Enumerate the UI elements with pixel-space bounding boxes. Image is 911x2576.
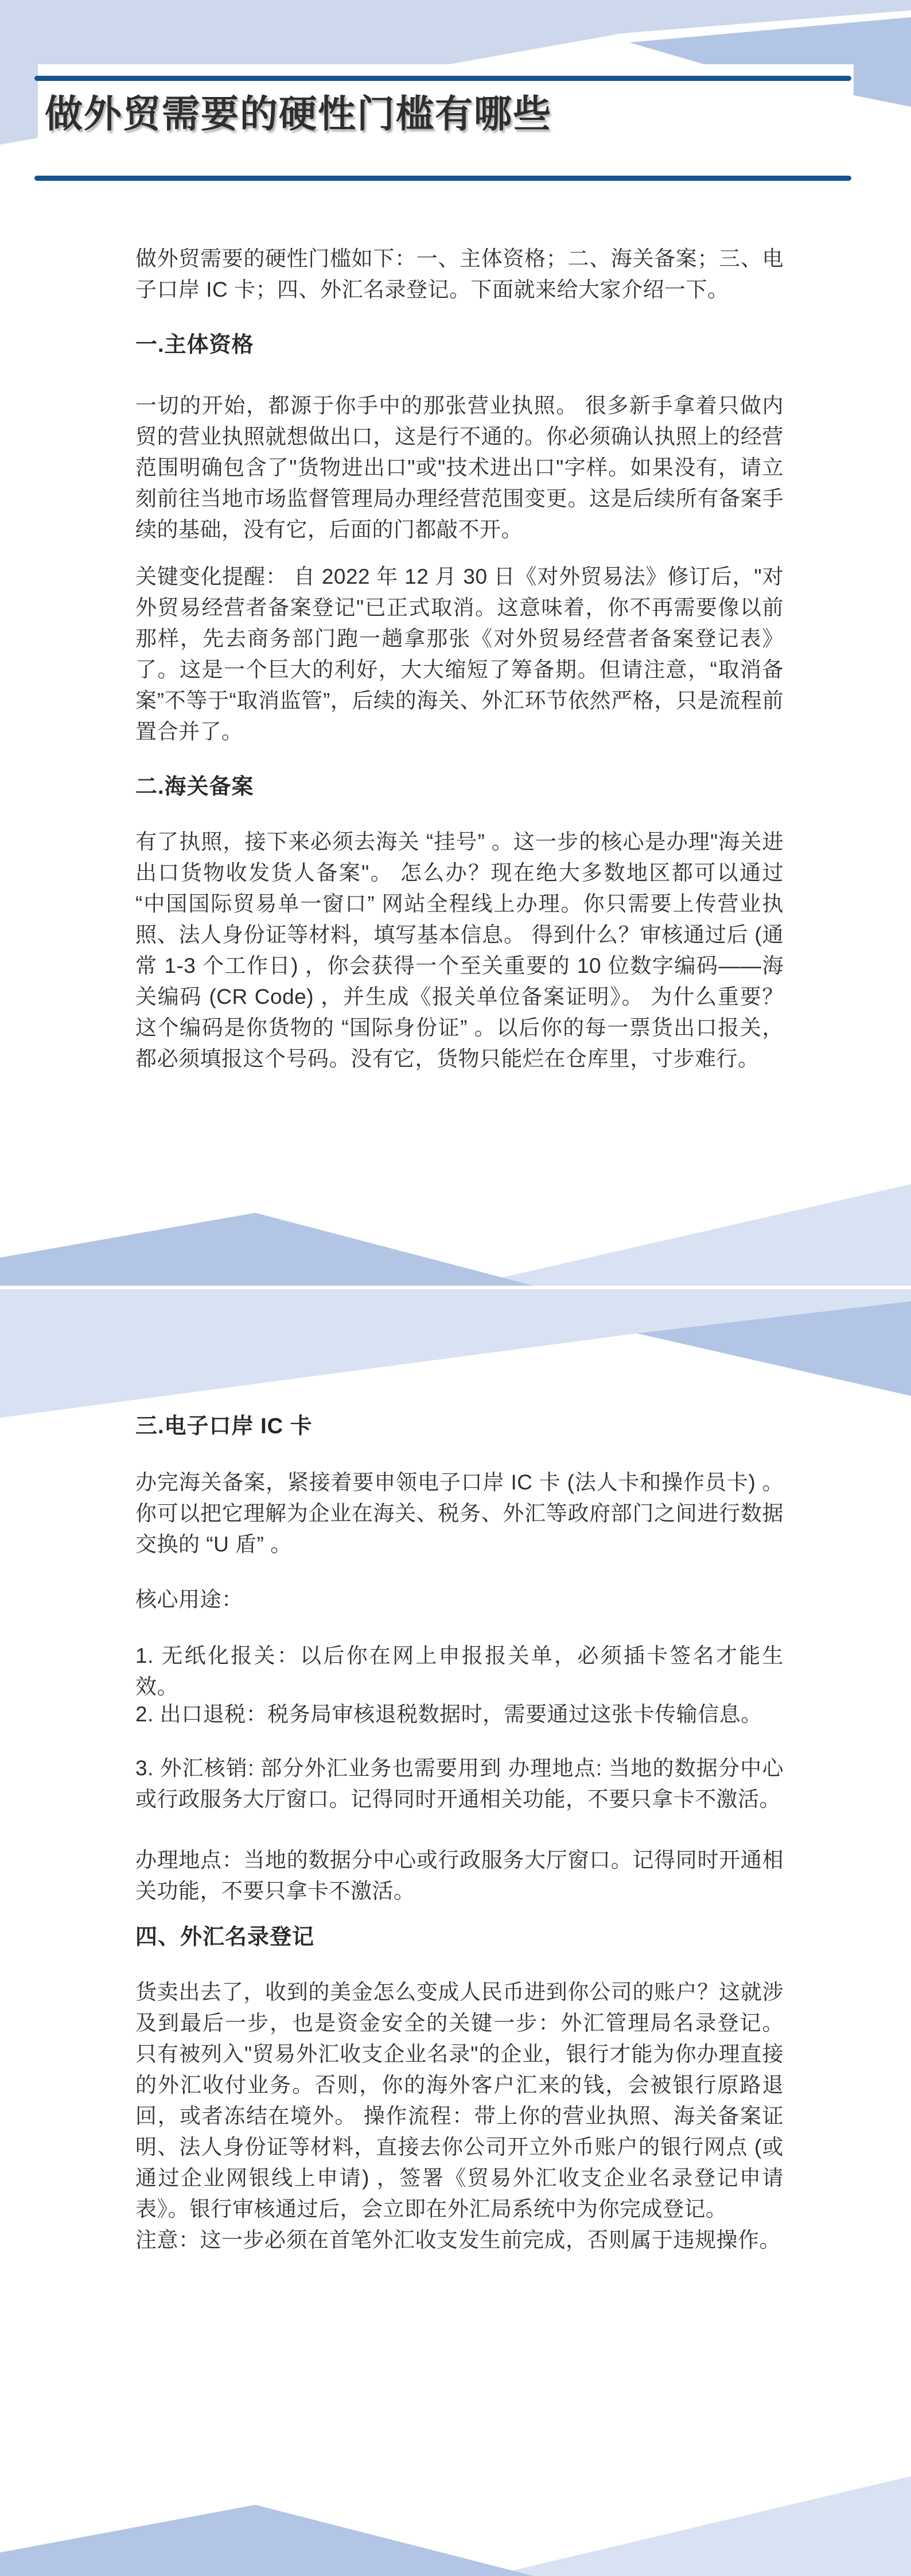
page-title: 做外贸需要的硬性门槛有哪些 bbox=[45, 93, 552, 135]
middle-decoration bbox=[0, 1182, 911, 1423]
mid-light-triangle bbox=[466, 1184, 911, 1286]
mid-mountain bbox=[0, 1213, 534, 1286]
bottom-light-triangle bbox=[489, 2476, 911, 2576]
section-3-use-item-1: 1. 无纸化报关：以后你在网上申报报关单，必须插卡签名才能生效。 bbox=[135, 1640, 784, 1702]
section-4-heading: 四、外汇名录登记 bbox=[135, 1922, 784, 1953]
section-3-uses-label: 核心用途： bbox=[135, 1584, 784, 1615]
intro-paragraph: 做外贸需要的硬性门槛如下：一、主体资格；二、海关备案；三、电子口岸 IC 卡；四… bbox=[135, 243, 784, 305]
bottom-mountain bbox=[0, 2505, 534, 2576]
section-1-heading: 一.主体资格 bbox=[135, 329, 784, 360]
section-2-heading: 二.海关备案 bbox=[135, 771, 784, 802]
title-rule-top bbox=[34, 76, 851, 81]
document-page: 做外贸需要的硬性门槛有哪些 做外贸需要的硬性门槛如下：一、主体资格；二、海关备案… bbox=[0, 0, 911, 2576]
section-4-body: 货卖出去了，收到的美金怎么变成人民币进到你公司的账户？这就涉及到最后一步，也是资… bbox=[135, 1977, 784, 2256]
section-3-paragraph-1: 办完海关备案，紧接着要申领电子口岸 IC 卡 (法人卡和操作员卡) 。你可以把它… bbox=[135, 1467, 784, 1560]
section-2-paragraph-1: 有了执照，接下来必须去海关 “挂号” 。这一步的核心是办理"海关进出口货物收发货… bbox=[135, 827, 784, 1074]
section-1-paragraph-2: 关键变化提醒： 自 2022 年 12 月 30 日《对外贸易法》修订后，"对外… bbox=[135, 561, 784, 747]
section-3-use-item-3: 3. 外汇核销: 部分外汇业务也需要用到 办理地点: 当地的数据分中心或行政服务… bbox=[135, 1753, 784, 1815]
section-3-use-item-2: 2. 出口退税：税务局审核退税数据时，需要通过这张卡传输信息。 bbox=[135, 1699, 784, 1730]
title-rule-bottom bbox=[34, 176, 851, 181]
section-1-paragraph-1: 一切的开始，都源于你手中的那张营业执照。 很多新手拿着只做内贸的营业执照就想做出… bbox=[135, 390, 784, 545]
section-3-heading: 三.电子口岸 IC 卡 bbox=[135, 1411, 784, 1442]
section-4-note: 注意：这一步必须在首笔外汇收支发生前完成，否则属于违规操作。 bbox=[135, 2225, 784, 2256]
section-4-paragraph-1: 货卖出去了，收到的美金怎么变成人民币进到你公司的账户？这就涉及到最后一步，也是资… bbox=[135, 1977, 784, 2225]
section-3-location-paragraph: 办理地点：当地的数据分中心或行政服务大厅窗口。记得同时开通相关功能，不要只拿卡不… bbox=[135, 1845, 784, 1907]
bottom-decoration bbox=[0, 2438, 911, 2576]
